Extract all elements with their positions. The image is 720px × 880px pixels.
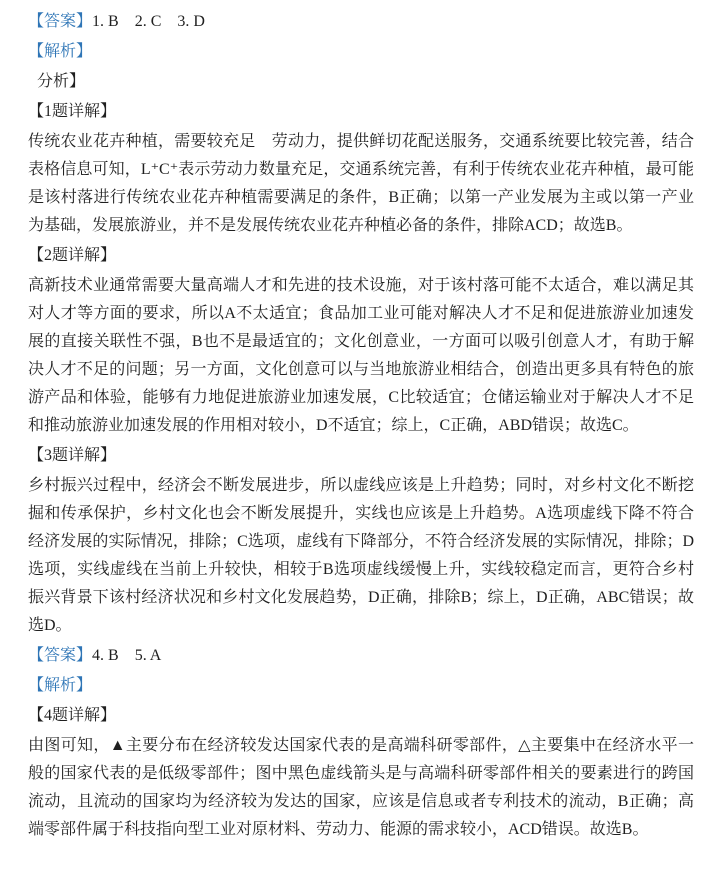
answer-values-1: 1. B 2. C 3. D: [92, 13, 205, 30]
analysis-label-1: 【解析】: [28, 38, 694, 66]
document-page: 【答案】1. B 2. C 3. D 【解析】 分析】 【1题详解】 传统农业花…: [0, 0, 720, 880]
question-3-heading: 【3题详解】: [28, 442, 694, 470]
question-1-explanation: 传统农业花卉种植，需要较充足 劳动力，提供鲜切花配送服务，交通系统要比较完善，结…: [28, 128, 694, 240]
answer-line-1: 【答案】1. B 2. C 3. D: [28, 8, 694, 36]
question-4-heading: 【4题详解】: [28, 702, 694, 730]
answer-label-2: 【答案】: [28, 647, 92, 664]
answer-values-2: 4. B 5. A: [92, 647, 161, 664]
question-3-explanation: 乡村振兴过程中，经济会不断发展进步，所以虚线应该是上升趋势；同时，对乡村文化不断…: [28, 472, 694, 640]
question-2-heading: 【2题详解】: [28, 242, 694, 270]
analysis-label-2: 【解析】: [28, 672, 694, 700]
analysis-subtitle: 分析】: [28, 68, 694, 96]
answer-label-1: 【答案】: [28, 13, 92, 30]
question-4-explanation: 由图可知，▲主要分布在经济较发达国家代表的是高端科研零部件，△主要集中在经济水平…: [28, 732, 694, 844]
question-1-heading: 【1题详解】: [28, 98, 694, 126]
question-2-explanation: 高新技术业通常需要大量高端人才和先进的技术设施，对于该村落可能不太适合，难以满足…: [28, 272, 694, 440]
answer-line-2: 【答案】4. B 5. A: [28, 642, 694, 670]
